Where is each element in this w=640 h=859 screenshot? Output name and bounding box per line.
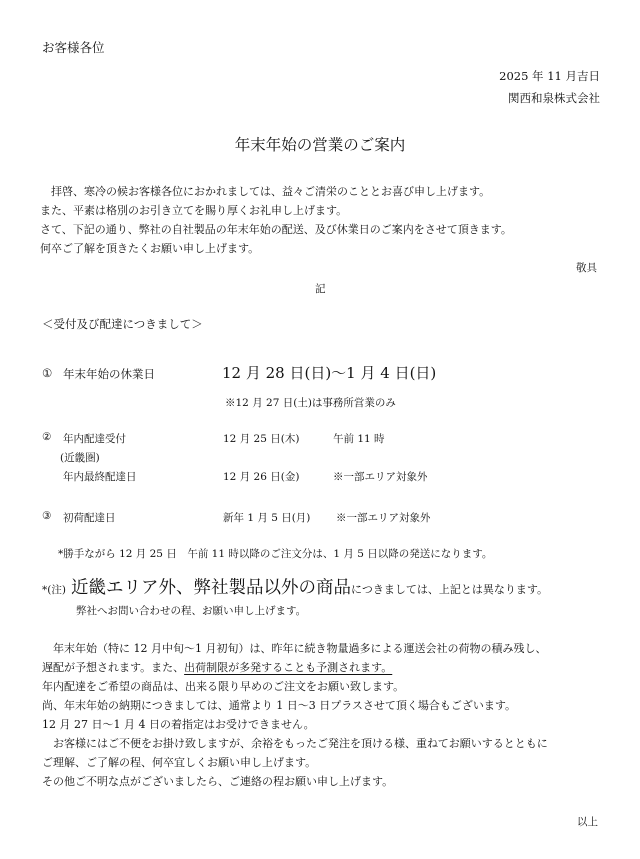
item-3-label: 初荷配達日: [63, 510, 116, 525]
body-line-2-text: 遅配が予想されます。また、: [42, 661, 184, 674]
greeting-line-3: さて、下記の通り、弊社の自社製品の年末年始の配送、及び休業日のご案内をさせて頂き…: [40, 220, 512, 240]
item-2-label: 年内配達受付: [63, 431, 126, 446]
item-3-extra: ※一部エリア対象外: [336, 510, 431, 525]
greeting-line-4: 何卒ご了解を頂きたくお願い申し上げます。: [40, 239, 259, 259]
body-line-5: 12 月 27 日～1 月 4 日の着指定はお受けできません。: [42, 715, 315, 735]
body-line-7: ご理解、ご了解の程、何卒宜しくお願い申し上げます。: [42, 753, 316, 773]
document-title: 年末年始の営業のご案内: [0, 133, 640, 155]
item-1-label: 年末年始の休業日: [63, 366, 155, 382]
item-1-value: 12 月 28 日(日)～1 月 4 日(日): [222, 362, 436, 383]
item-2-value2: 12 月 26 日(金): [223, 469, 299, 484]
item-2-extra: 午前 11 時: [333, 431, 385, 446]
item-3-number: ③: [42, 510, 51, 522]
notice-cutoff: *勝手ながら 12 月 25 日 午前 11 時以降のご注文分は、1 月 5 日…: [58, 546, 492, 561]
notice-emphasis: 近畿エリア外、弊社製品以外の商品: [71, 578, 351, 598]
item-1-note: ※12 月 27 日(土)は事務所営業のみ: [225, 395, 396, 410]
item-1-number: ①: [42, 366, 52, 380]
closing-ijou: 以上: [577, 814, 598, 829]
greeting-line-2: また、平素は格別のお引き立てを賜り厚くお礼申し上げます。: [40, 201, 347, 221]
body-line-8: その他ご不明な点がございましたら、ご連絡の程お願い申し上げます。: [42, 772, 393, 792]
item-2-number: ②: [42, 431, 51, 443]
body-line-2: 遅配が予想されます。また、出荷制限が多発することも予測されます。: [42, 658, 392, 678]
addressee: お客様各位: [42, 38, 105, 56]
body-line-4: 尚、年末年始の納期につきましては、通常より 1 日～3 日プラスさせて頂く場合も…: [42, 696, 516, 716]
greeting-line-1: 拝啓、寒冷の候お客様各位におかれましては、益々ご清栄のこととお喜び申し上げます。: [40, 182, 490, 202]
body-line-1: 年末年始（特に 12 月中旬～1 月初旬）は、昨年に続き物量過多による運送会社の…: [42, 639, 546, 659]
item-3-value: 新年 1 月 5 日(月): [223, 510, 310, 525]
notice-suffix: につきましては、上記とは異なります。: [351, 583, 548, 596]
item-2-sublabel: (近畿圏): [60, 450, 100, 465]
issue-date: 2025 年 11 月吉日: [499, 68, 600, 84]
shipping-limit-underlined: 出荷制限が多発することも予測されます。: [184, 661, 392, 674]
notice-contact: 弊社へお問い合わせの程、お願い申し上げます。: [76, 603, 306, 618]
item-2-label2: 年内最終配達日: [63, 469, 137, 484]
ki: 記: [315, 281, 326, 296]
item-2-extra2: ※一部エリア対象外: [333, 469, 428, 484]
company-name: 関西和泉株式会社: [508, 90, 600, 106]
item-2-value: 12 月 25 日(木): [223, 431, 299, 446]
notice-outside-area: *(注) 近畿エリア外、弊社製品以外の商品につきましては、上記とは異なります。: [42, 574, 548, 599]
body-line-6: お客様にはご不便をお掛け致しますが、余裕をもったご発注を頂ける様、重ねてお願いす…: [42, 734, 548, 754]
keigu: 敬具: [576, 260, 597, 275]
body-line-3: 年内配達をご希望の商品は、出来る限り早めのご注文をお願い致します。: [42, 677, 404, 697]
notice-prefix: *(注): [42, 584, 66, 596]
section-heading: ＜受付及び配達につきまして＞: [42, 316, 203, 332]
